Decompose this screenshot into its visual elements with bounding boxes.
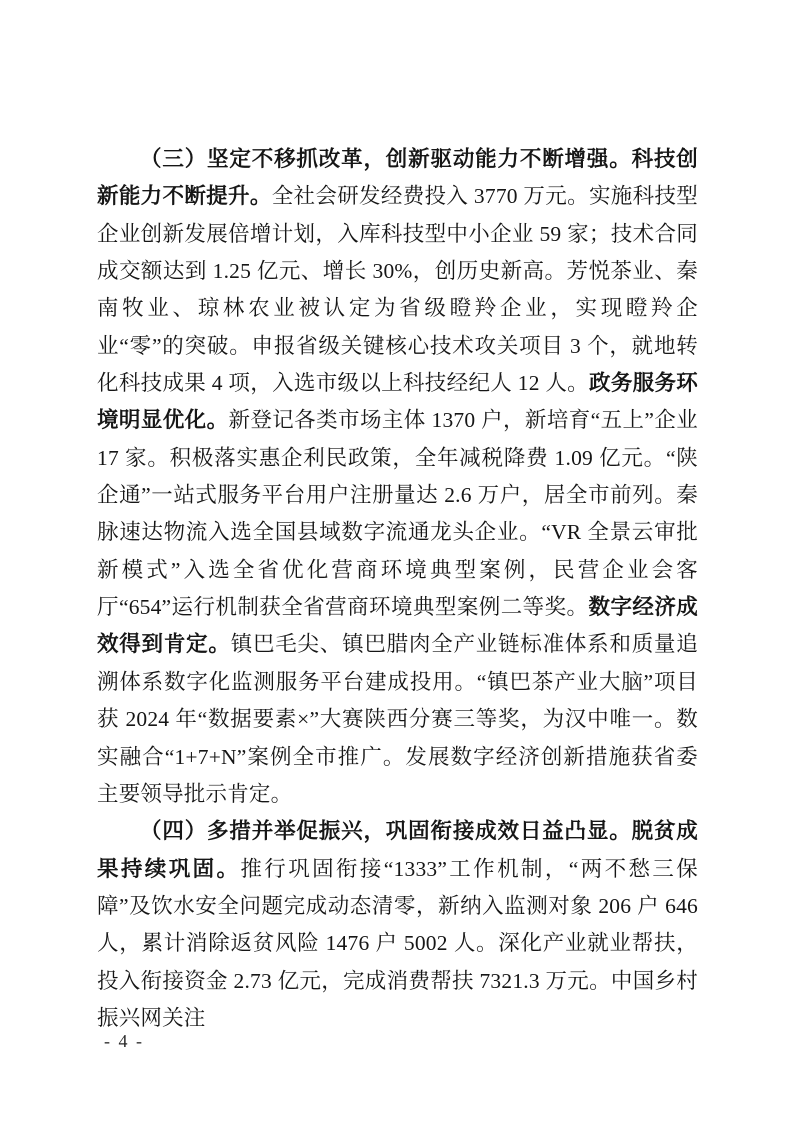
- text-run: 推行巩固衔接“1333”工作机制，“两不愁三保障”及饮水安全问题完成动态清零，新…: [97, 857, 698, 1030]
- text-run: 全社会研发经费投入 3770 万元。实施科技型企业创新发展倍增计划，入库科技型中…: [97, 184, 698, 395]
- document-page: （三）坚定不移抓改革，创新驱动能力不断增强。科技创新能力不断提升。全社会研发经费…: [0, 0, 793, 1122]
- document-body: （三）坚定不移抓改革，创新驱动能力不断增强。科技创新能力不断提升。全社会研发经费…: [97, 141, 698, 1037]
- paragraph: （四）多措并举促振兴，巩固衔接成效日益凸显。脱贫成果持续巩固。推行巩固衔接“13…: [97, 813, 698, 1037]
- text-run: 新登记各类市场主体 1370 户，新培育“五上”企业 17 家。积极落实惠企利民…: [97, 408, 698, 619]
- text-run: 镇巴毛尖、镇巴腊肉全产业链标准体系和质量追溯体系数字化监测服务平台建成投用。“镇…: [97, 632, 698, 805]
- page-number: - 4 -: [104, 1031, 144, 1052]
- paragraph: （三）坚定不移抓改革，创新驱动能力不断增强。科技创新能力不断提升。全社会研发经费…: [97, 141, 698, 813]
